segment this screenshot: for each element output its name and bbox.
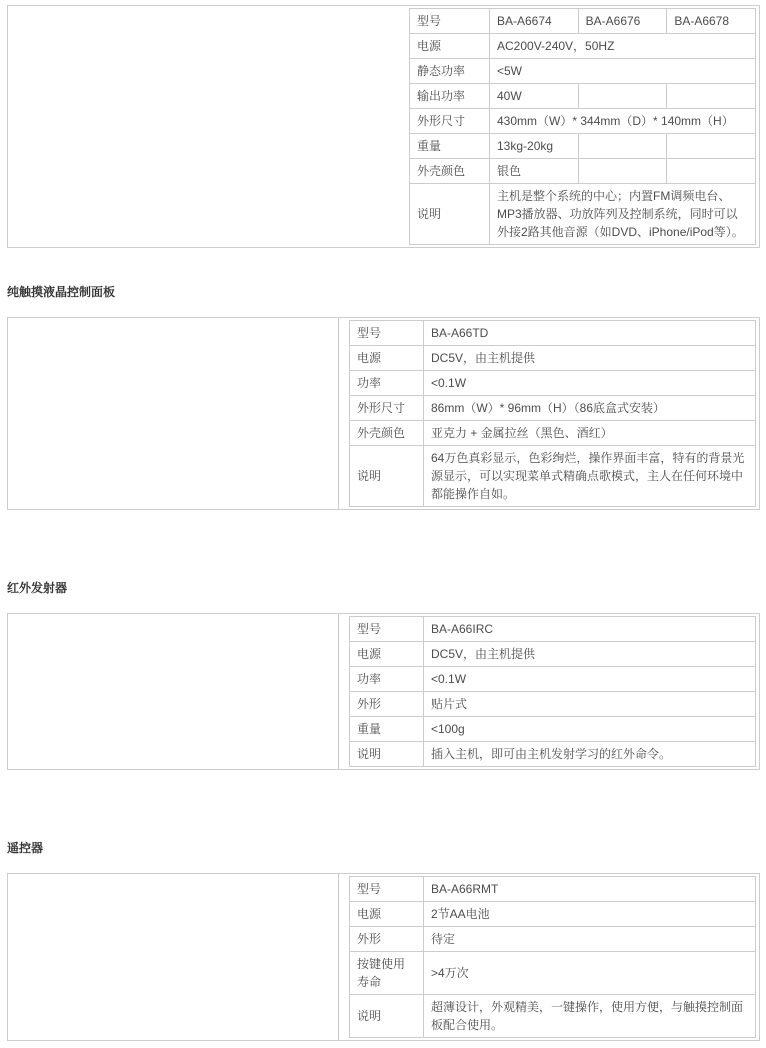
spec-value: 银色 bbox=[490, 159, 579, 184]
spec-row: 输出功率40W bbox=[410, 84, 756, 109]
spec-value: 13kg-20kg bbox=[490, 134, 579, 159]
spec-value: <0.1W bbox=[424, 371, 756, 396]
spec-label: 外形 bbox=[350, 927, 424, 952]
spec-row: 说明64万色真彩显示，色彩绚烂，操作界面丰富，特有的背景光源显示，可以实现菜单式… bbox=[350, 446, 756, 507]
section-main-unit: 型号BA-A6674BA-A6676BA-A6678电源AC200V-240V，… bbox=[7, 5, 760, 248]
spec-table-wrap: 型号BA-A66IRC电源DC5V，由主机提供功率<0.1W外形贴片式重量<10… bbox=[339, 614, 759, 769]
spec-label: 外壳颜色 bbox=[410, 159, 490, 184]
spec-row: 电源DC5V，由主机提供 bbox=[350, 346, 756, 371]
spec-value bbox=[578, 159, 667, 184]
spec-label: 电源 bbox=[350, 346, 424, 371]
spec-value: BA-A66IRC bbox=[424, 617, 756, 642]
spec-value: BA-A66RMT bbox=[424, 877, 756, 902]
spec-label: 外壳颜色 bbox=[350, 421, 424, 446]
spec-label: 型号 bbox=[350, 877, 424, 902]
product-image-area bbox=[8, 6, 407, 247]
spec-value bbox=[578, 84, 667, 109]
spec-label: 说明 bbox=[350, 995, 424, 1038]
spec-table-main-unit: 型号BA-A6674BA-A6676BA-A6678电源AC200V-240V，… bbox=[409, 8, 756, 245]
product-image-area bbox=[8, 318, 339, 509]
spec-value: BA-A6678 bbox=[667, 9, 756, 34]
spec-row: 外形尺寸430mm（W）* 344mm（D）* 140mm（H） bbox=[410, 109, 756, 134]
spec-label: 说明 bbox=[350, 446, 424, 507]
spec-value: 贴片式 bbox=[424, 692, 756, 717]
spec-value: BA-A6676 bbox=[578, 9, 667, 34]
spec-label: 外形尺寸 bbox=[350, 396, 424, 421]
spec-row: 电源DC5V，由主机提供 bbox=[350, 642, 756, 667]
spec-label: 电源 bbox=[350, 902, 424, 927]
spec-value: 待定 bbox=[424, 927, 756, 952]
spec-label: 功率 bbox=[350, 667, 424, 692]
product-image-area bbox=[8, 614, 339, 769]
spec-value: 64万色真彩显示，色彩绚烂，操作界面丰富，特有的背景光源显示，可以实现菜单式精确… bbox=[424, 446, 756, 507]
spec-row: 电源2节AA电池 bbox=[350, 902, 756, 927]
spec-table-touch-panel: 型号BA-A66TD电源DC5V，由主机提供功率<0.1W外形尺寸86mm（W）… bbox=[349, 320, 756, 507]
spec-label: 重量 bbox=[350, 717, 424, 742]
spec-label: 静态功率 bbox=[410, 59, 490, 84]
spec-value bbox=[667, 84, 756, 109]
spec-row: 外形尺寸86mm（W）* 96mm（H）（86底盒式安装） bbox=[350, 396, 756, 421]
section-heading-ir-transmitter: 红外发射器 bbox=[7, 581, 766, 596]
spec-row: 说明插入主机，即可由主机发射学习的红外命令。 bbox=[350, 742, 756, 767]
spec-row: 功率<0.1W bbox=[350, 667, 756, 692]
spec-value: 超薄设计，外观精美，一键操作，使用方便，与触摸控制面板配合使用。 bbox=[424, 995, 756, 1038]
spec-table-wrap: 型号BA-A6674BA-A6676BA-A6678电源AC200V-240V，… bbox=[407, 6, 759, 247]
section-heading-touch-panel: 纯触摸液晶控制面板 bbox=[7, 285, 766, 300]
spec-row: 按键使用寿命>4万次 bbox=[350, 952, 756, 995]
spec-row: 型号BA-A66IRC bbox=[350, 617, 756, 642]
spec-value: <5W bbox=[490, 59, 756, 84]
spec-table-ir-transmitter: 型号BA-A66IRC电源DC5V，由主机提供功率<0.1W外形贴片式重量<10… bbox=[349, 616, 756, 767]
spec-label: 说明 bbox=[350, 742, 424, 767]
spec-value: <100g bbox=[424, 717, 756, 742]
spec-label: 重量 bbox=[410, 134, 490, 159]
spec-value bbox=[667, 159, 756, 184]
spec-label: 型号 bbox=[350, 321, 424, 346]
spec-row: 外壳颜色亚克力 + 金属拉丝（黑色、酒红） bbox=[350, 421, 756, 446]
spec-label: 功率 bbox=[350, 371, 424, 396]
spec-value: >4万次 bbox=[424, 952, 756, 995]
section-touch-panel: 型号BA-A66TD电源DC5V，由主机提供功率<0.1W外形尺寸86mm（W）… bbox=[7, 317, 760, 510]
spec-value: 亚克力 + 金属拉丝（黑色、酒红） bbox=[424, 421, 756, 446]
section-heading-remote-control: 遥控器 bbox=[7, 841, 766, 856]
spec-value: AC200V-240V，50HZ bbox=[490, 34, 756, 59]
spec-value: 86mm（W）* 96mm（H）（86底盒式安装） bbox=[424, 396, 756, 421]
spec-value: <0.1W bbox=[424, 667, 756, 692]
spec-row: 外形待定 bbox=[350, 927, 756, 952]
spec-row: 重量<100g bbox=[350, 717, 756, 742]
spec-value: 430mm（W）* 344mm（D）* 140mm（H） bbox=[490, 109, 756, 134]
section-ir-transmitter: 型号BA-A66IRC电源DC5V，由主机提供功率<0.1W外形贴片式重量<10… bbox=[7, 613, 760, 770]
spec-table-wrap: 型号BA-A66TD电源DC5V，由主机提供功率<0.1W外形尺寸86mm（W）… bbox=[339, 318, 759, 509]
spec-row: 静态功率<5W bbox=[410, 59, 756, 84]
spec-table-wrap: 型号BA-A66RMT电源2节AA电池外形待定按键使用寿命>4万次说明超薄设计，… bbox=[339, 874, 759, 1040]
spec-row: 说明主机是整个系统的中心；内置FM调频电台、MP3播放器、功放阵列及控制系统，同… bbox=[410, 184, 756, 245]
spec-row: 型号BA-A66RMT bbox=[350, 877, 756, 902]
spec-value bbox=[578, 134, 667, 159]
spec-row: 外形贴片式 bbox=[350, 692, 756, 717]
spec-label: 外形 bbox=[350, 692, 424, 717]
product-image-area bbox=[8, 874, 339, 1040]
spec-value: BA-A6674 bbox=[490, 9, 579, 34]
spec-label: 型号 bbox=[350, 617, 424, 642]
section-remote-control: 型号BA-A66RMT电源2节AA电池外形待定按键使用寿命>4万次说明超薄设计，… bbox=[7, 873, 760, 1041]
spec-value bbox=[667, 134, 756, 159]
spec-value: 插入主机，即可由主机发射学习的红外命令。 bbox=[424, 742, 756, 767]
spec-row: 电源AC200V-240V，50HZ bbox=[410, 34, 756, 59]
spec-row: 外壳颜色银色 bbox=[410, 159, 756, 184]
spec-label: 输出功率 bbox=[410, 84, 490, 109]
spec-label: 按键使用寿命 bbox=[350, 952, 424, 995]
spec-value: BA-A66TD bbox=[424, 321, 756, 346]
spec-row: 型号BA-A6674BA-A6676BA-A6678 bbox=[410, 9, 756, 34]
spec-row: 功率<0.1W bbox=[350, 371, 756, 396]
spec-label: 电源 bbox=[350, 642, 424, 667]
spec-value: 主机是整个系统的中心；内置FM调频电台、MP3播放器、功放阵列及控制系统，同时可… bbox=[490, 184, 756, 245]
spec-value: DC5V，由主机提供 bbox=[424, 642, 756, 667]
spec-label: 说明 bbox=[410, 184, 490, 245]
spec-label: 电源 bbox=[410, 34, 490, 59]
spec-value: 2节AA电池 bbox=[424, 902, 756, 927]
spec-table-remote-control: 型号BA-A66RMT电源2节AA电池外形待定按键使用寿命>4万次说明超薄设计，… bbox=[349, 876, 756, 1038]
spec-row: 重量13kg-20kg bbox=[410, 134, 756, 159]
spec-row: 说明超薄设计，外观精美，一键操作，使用方便，与触摸控制面板配合使用。 bbox=[350, 995, 756, 1038]
spec-value: DC5V，由主机提供 bbox=[424, 346, 756, 371]
spec-label: 外形尺寸 bbox=[410, 109, 490, 134]
spec-row: 型号BA-A66TD bbox=[350, 321, 756, 346]
spec-value: 40W bbox=[490, 84, 579, 109]
spec-label: 型号 bbox=[410, 9, 490, 34]
